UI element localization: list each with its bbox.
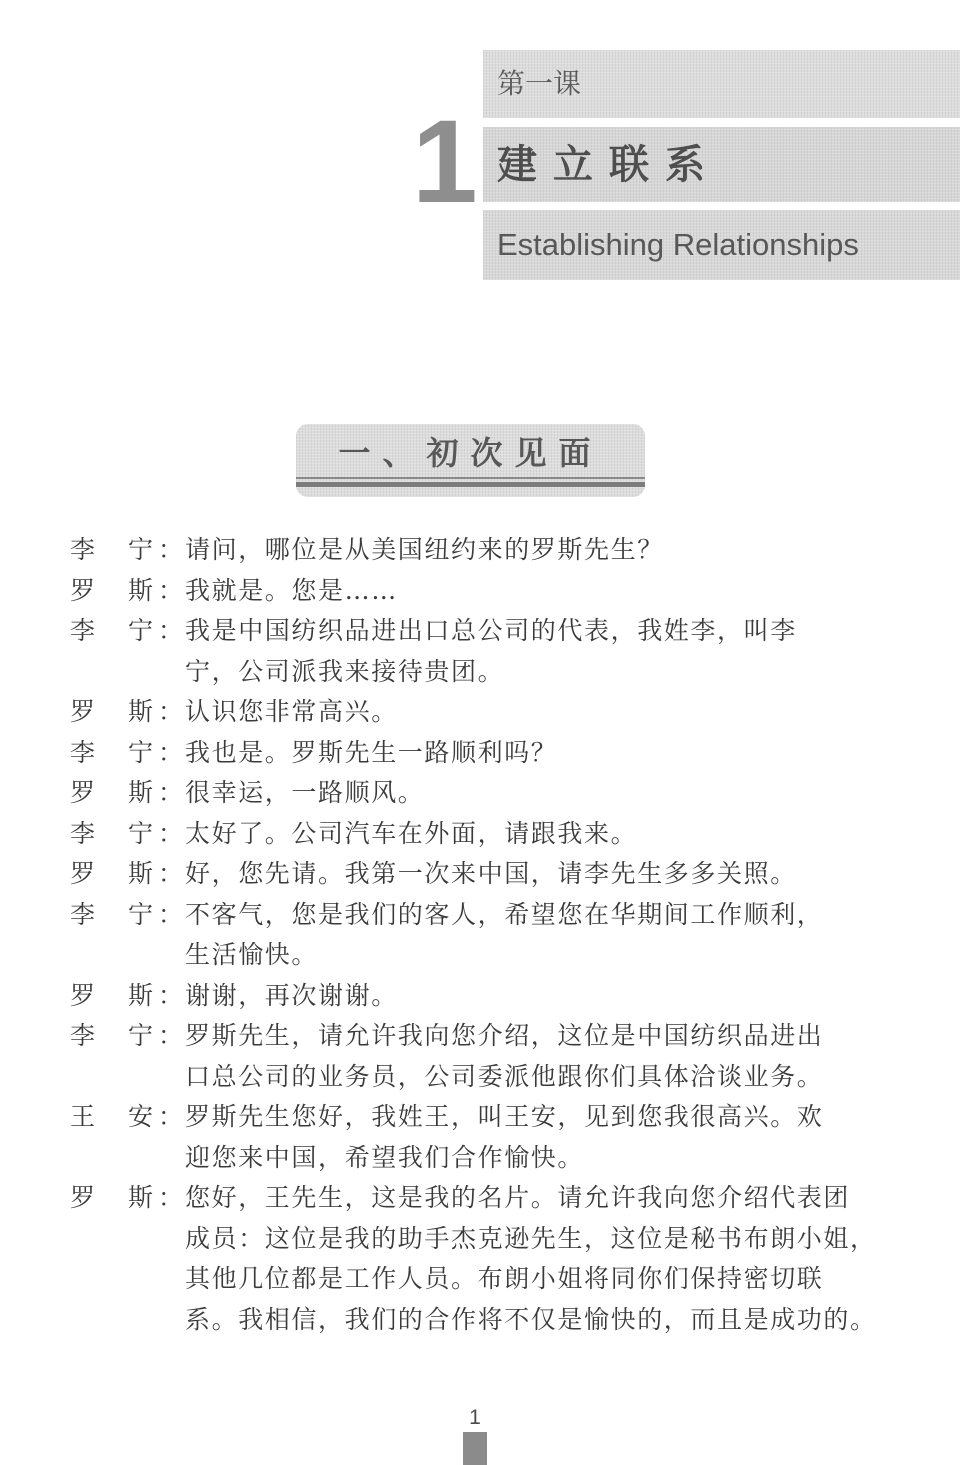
section-title: 一、初次见面 [296,433,645,473]
speech-text: 不客气，您是我们的客人，希望您在华期间工作顺利，生活愉快。 [185,895,875,976]
speaker-char-2: 斯 [128,854,153,894]
speech-text: 我也是。罗斯先生一路顺利吗？ [185,733,875,774]
speaker-char-1: 罗 [70,692,95,732]
speaker-char-1: 李 [70,611,95,651]
speaker-colon: ： [158,773,183,813]
speech-text: 您好，王先生，这是我的名片。请允许我向您介绍代表团成员：这位是我的助手杰克逊先生… [185,1178,877,1340]
speech-line: 生活愉快。 [185,935,875,976]
speaker-char-2: 宁 [128,733,153,773]
speaker-colon: ： [158,530,183,570]
lesson-title-zh-banner: 建立联系 [483,127,960,202]
speaker-char-2: 宁 [128,814,153,854]
speaker-char-2: 宁 [128,611,153,651]
speech-line: 口总公司的业务员，公司委派他跟你们具体洽谈业务。 [185,1057,875,1098]
section-rule-thin [296,477,645,479]
speaker-colon: ： [158,571,183,611]
speech-line: 不客气，您是我们的客人，希望您在华期间工作顺利， [185,895,875,936]
speaker-char-1: 李 [70,814,95,854]
speaker-colon: ： [158,611,183,651]
speaker-colon: ： [158,1016,183,1056]
speech-line: 我是中国纺织品进出口总公司的代表，我姓李，叫李 [185,611,875,652]
lesson-title-zh: 建立联系 [497,143,721,187]
dialogue-turn: 李宁：我是中国纺织品进出口总公司的代表，我姓李，叫李宁，公司派我来接待贵团。 [70,611,890,692]
speech-line: 系。我相信，我们的合作将不仅是愉快的，而且是成功的。 [185,1300,877,1341]
speech-text: 罗斯先生您好，我姓王，叫王安，见到您我很高兴。欢迎您来中国，希望我们合作愉快。 [185,1097,875,1178]
speech-line: 请问，哪位是从美国纽约来的罗斯先生？ [185,530,875,571]
speech-line: 罗斯先生您好，我姓王，叫王安，见到您我很高兴。欢 [185,1097,875,1138]
speaker-name: 李宁： [70,895,185,935]
section-rule-thick [296,482,645,487]
speaker-name: 李宁： [70,611,185,651]
speech-text: 认识您非常高兴。 [185,692,875,733]
dialogue-turn: 罗斯：很幸运，一路顺风。 [70,773,890,814]
speech-line: 好，您先请。我第一次来中国，请李先生多多关照。 [185,854,875,895]
lesson-label: 第一课 [497,67,581,101]
speaker-char-1: 李 [70,895,95,935]
speaker-name: 罗斯： [70,692,185,732]
dialogue: 李宁：请问，哪位是从美国纽约来的罗斯先生？罗斯：我就是。您是……李宁：我是中国纺… [70,530,890,1340]
speaker-char-2: 安 [128,1097,153,1137]
speaker-name: 罗斯： [70,1178,185,1218]
dialogue-turn: 李宁：不客气，您是我们的客人，希望您在华期间工作顺利，生活愉快。 [70,895,890,976]
speaker-colon: ： [158,1178,183,1218]
dialogue-turn: 罗斯：认识您非常高兴。 [70,692,890,733]
speech-text: 我就是。您是…… [185,571,875,612]
speaker-char-2: 斯 [128,571,153,611]
speaker-colon: ： [158,1097,183,1137]
speaker-char-1: 罗 [70,854,95,894]
speaker-char-1: 罗 [70,976,95,1016]
dialogue-turn: 罗斯：谢谢，再次谢谢。 [70,976,890,1017]
speaker-colon: ： [158,733,183,773]
speech-text: 太好了。公司汽车在外面，请跟我来。 [185,814,875,855]
speech-line: 很幸运，一路顺风。 [185,773,875,814]
speaker-char-1: 李 [70,733,95,773]
speaker-char-1: 李 [70,1016,95,1056]
speech-line: 我就是。您是…… [185,571,875,612]
speaker-name: 罗斯： [70,976,185,1016]
speaker-char-2: 宁 [128,895,153,935]
speaker-char-1: 罗 [70,1178,95,1218]
speech-text: 好，您先请。我第一次来中国，请李先生多多关照。 [185,854,875,895]
speech-text: 很幸运，一路顺风。 [185,773,875,814]
speaker-name: 罗斯： [70,571,185,611]
dialogue-turn: 罗斯：我就是。您是…… [70,571,890,612]
speaker-char-2: 斯 [128,976,153,1016]
dialogue-turn: 李宁：罗斯先生，请允许我向您介绍，这位是中国纺织品进出口总公司的业务员，公司委派… [70,1016,890,1097]
speaker-name: 李宁： [70,814,185,854]
speaker-char-1: 王 [70,1097,95,1137]
speech-line: 您好，王先生，这是我的名片。请允许我向您介绍代表团 [185,1178,877,1219]
dialogue-turn: 罗斯：您好，王先生，这是我的名片。请允许我向您介绍代表团成员：这位是我的助手杰克… [70,1178,890,1340]
speaker-name: 罗斯： [70,773,185,813]
speaker-colon: ： [158,692,183,732]
speaker-char-1: 罗 [70,571,95,611]
speaker-name: 王安： [70,1097,185,1137]
dialogue-turn: 李宁：请问，哪位是从美国纽约来的罗斯先生？ [70,530,890,571]
speaker-name: 罗斯： [70,854,185,894]
dialogue-turn: 李宁：太好了。公司汽车在外面，请跟我来。 [70,814,890,855]
speaker-name: 李宁： [70,1016,185,1056]
speaker-colon: ： [158,976,183,1016]
speech-line: 其他几位都是工作人员。布朗小姐将同你们保持密切联 [185,1259,877,1300]
speech-line: 太好了。公司汽车在外面，请跟我来。 [185,814,875,855]
dialogue-turn: 李宁：我也是。罗斯先生一路顺利吗？ [70,733,890,774]
speech-text: 罗斯先生，请允许我向您介绍，这位是中国纺织品进出口总公司的业务员，公司委派他跟你… [185,1016,875,1097]
speaker-char-2: 宁 [128,530,153,570]
speech-text: 我是中国纺织品进出口总公司的代表，我姓李，叫李宁，公司派我来接待贵团。 [185,611,875,692]
page-number: 1 [460,1406,490,1430]
textbook-page: 1 第一课 建立联系 Establishing Relationships 一、… [0,0,960,1465]
lesson-label-banner: 第一课 [483,50,960,118]
speaker-colon: ： [158,895,183,935]
speaker-char-2: 斯 [128,692,153,732]
speaker-char-2: 宁 [128,1016,153,1056]
speech-line: 认识您非常高兴。 [185,692,875,733]
speech-line: 成员：这位是我的助手杰克逊先生，这位是秘书布朗小姐， [185,1219,877,1260]
speaker-char-2: 斯 [128,773,153,813]
speech-text: 请问，哪位是从美国纽约来的罗斯先生？ [185,530,875,571]
dialogue-turn: 罗斯：好，您先请。我第一次来中国，请李先生多多关照。 [70,854,890,895]
speech-text: 谢谢，再次谢谢。 [185,976,875,1017]
page-tab-marker [463,1432,487,1465]
dialogue-turn: 王安：罗斯先生您好，我姓王，叫王安，见到您我很高兴。欢迎您来中国，希望我们合作愉… [70,1097,890,1178]
section-heading-box: 一、初次见面 [296,424,645,497]
speaker-colon: ： [158,814,183,854]
speaker-name: 李宁： [70,733,185,773]
speech-line: 宁，公司派我来接待贵团。 [185,652,875,693]
speech-line: 我也是。罗斯先生一路顺利吗？ [185,733,875,774]
lesson-title-en: Establishing Relationships [497,227,859,263]
speaker-colon: ： [158,854,183,894]
speech-line: 迎您来中国，希望我们合作愉快。 [185,1138,875,1179]
speaker-char-1: 罗 [70,773,95,813]
speaker-char-2: 斯 [128,1178,153,1218]
lesson-title-en-banner: Establishing Relationships [483,210,960,280]
speaker-char-1: 李 [70,530,95,570]
speaker-name: 李宁： [70,530,185,570]
speech-line: 谢谢，再次谢谢。 [185,976,875,1017]
lesson-number: 1 [412,112,462,212]
speech-line: 罗斯先生，请允许我向您介绍，这位是中国纺织品进出 [185,1016,875,1057]
